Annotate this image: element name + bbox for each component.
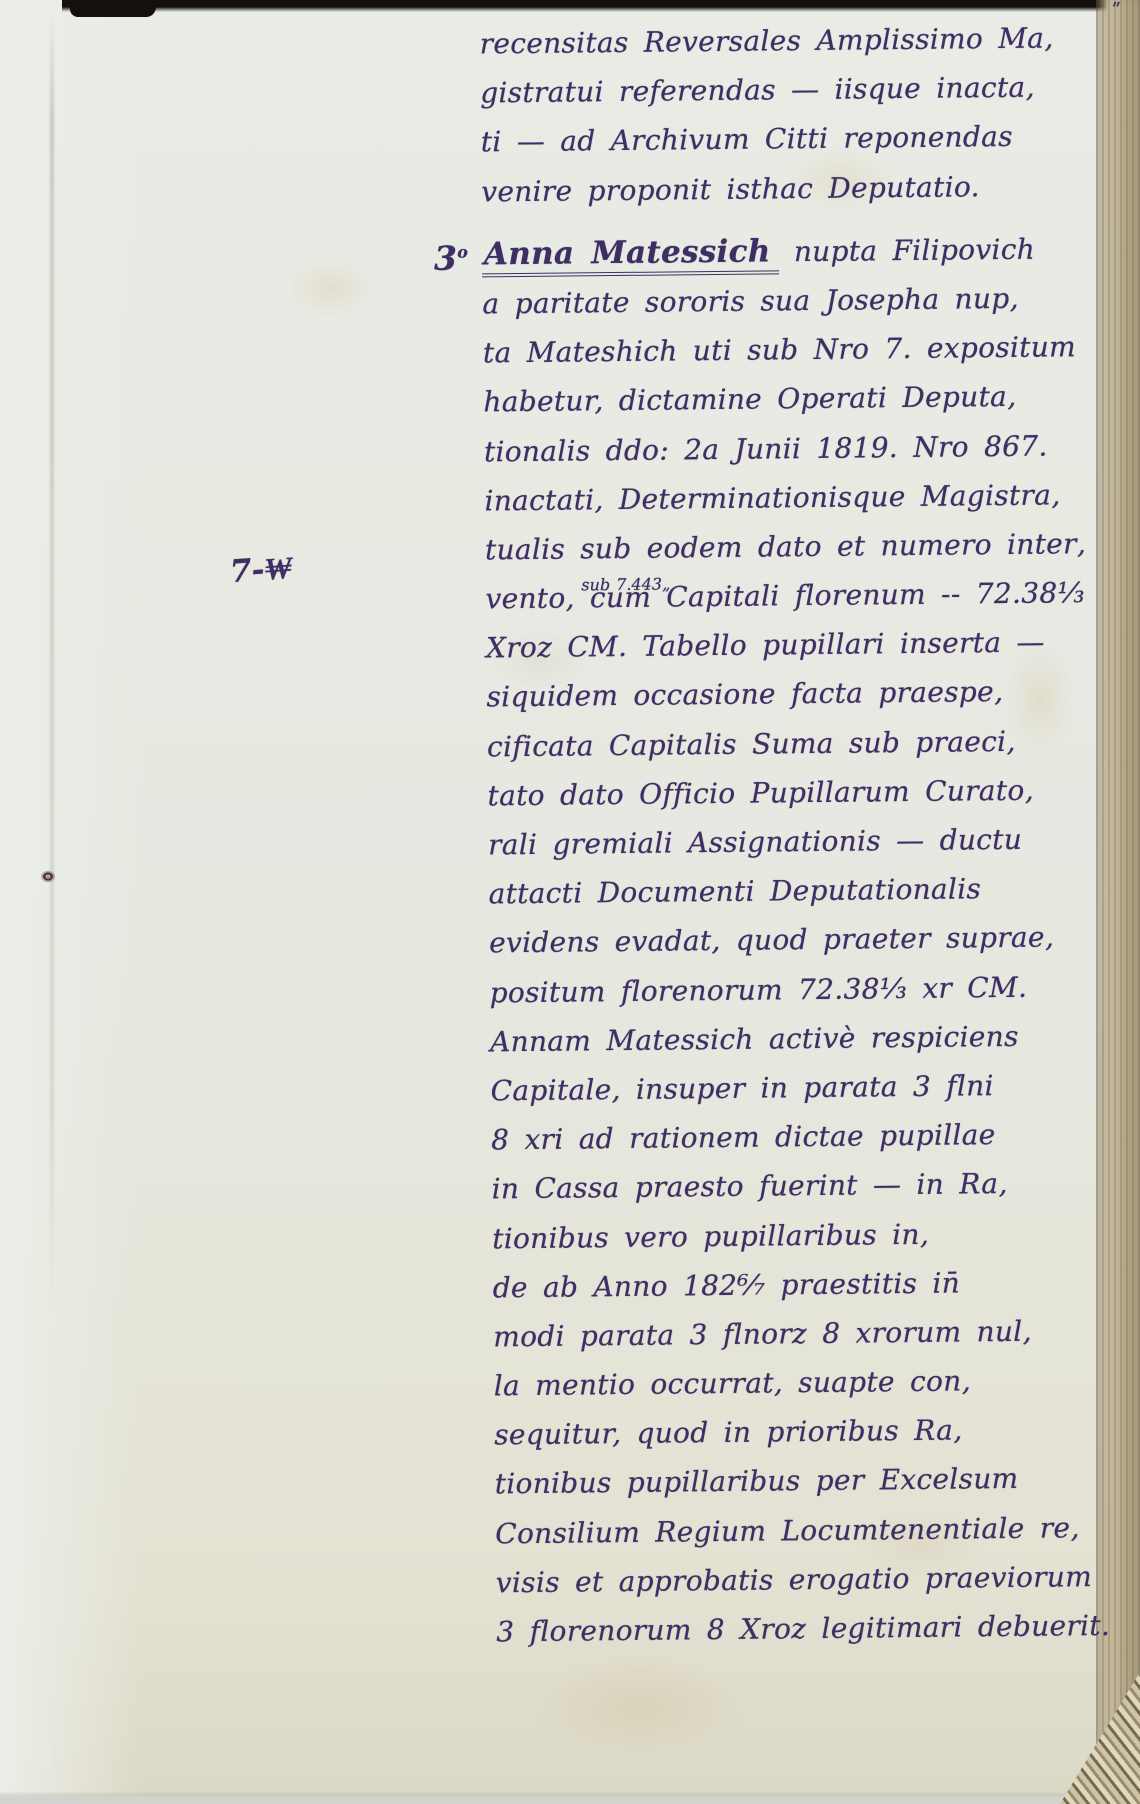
manuscript-line: Xroz CM. Tabello pupillari inserta —: [486, 617, 1134, 673]
manuscript-line: Consilium Regium Locumtenentiale re‚: [495, 1502, 1140, 1558]
margin-annotation: 7-₩: [229, 550, 293, 590]
manuscript-line: attacti Documenti Deputationalis: [488, 863, 1136, 919]
underlined-name: Anna Matessich: [482, 233, 779, 277]
manuscript-line: recensitas Reversales Amplissimo Ma‚: [479, 13, 1127, 69]
manuscript-line: tionalis ddo: 2a Junii 1819. Nro 867.: [484, 420, 1132, 476]
manuscript-line: modi parata 3 flnorz 8 xrorum nul‚: [493, 1305, 1140, 1361]
manuscript-line: sub 7.443„vento, cum Capitali florenum -…: [485, 568, 1133, 624]
book-top-edge: [62, 0, 1140, 12]
manuscript-line: inactati, Determinationisque Magistra‚: [484, 469, 1132, 525]
manuscript-line: venire proponit isthac Deputatio.: [481, 160, 1129, 216]
manuscript-line: rali gremiali Assignationis — ductu: [488, 814, 1136, 870]
manuscript-line: la mentio occurrat, suapte con‚: [493, 1355, 1140, 1411]
manuscript-line: Capitale, insuper in parata 3 flni: [490, 1060, 1138, 1116]
manuscript-line: ti — ad Archivum Citti reponendas: [480, 111, 1128, 167]
manuscript-line: sequitur, quod in prioribus Ra‚: [494, 1404, 1140, 1460]
manuscript-line: gistratui referendas — iisque inacta‚: [480, 62, 1128, 118]
book-top-edge-notch: [70, 0, 156, 17]
manuscript-line: 3 florenorum 8 Xroz legitimari debuerit.: [496, 1601, 1140, 1657]
manuscript-page: ʺ 7-₩ recensitas Reversales Amplissimo M…: [0, 0, 1140, 1804]
manuscript-line: Annam Matessich activè respiciens: [490, 1010, 1138, 1066]
manuscript-line: habetur, dictamine Operati Deputa‚: [483, 371, 1131, 427]
text-block: recensitas Reversales Amplissimo Ma‚gist…: [479, 13, 1140, 1657]
interlinear-insertion: sub 7.443„: [581, 560, 670, 610]
manuscript-line: tionibus pupillaribus per Excelsum: [495, 1453, 1140, 1509]
manuscript-line: tionibus vero pupillaribus in‚: [492, 1207, 1140, 1263]
manuscript-line: siquidem occasione facta praespe‚: [486, 666, 1134, 722]
manuscript-line: visis et approbatis erogatio praeviorum: [496, 1551, 1140, 1607]
manuscript-line: cificata Capitalis Suma sub praeci‚: [487, 715, 1135, 771]
page-bottom-edge: [0, 1791, 1140, 1804]
manuscript-line: ta Mateshich uti sub Nro 7. expositum: [483, 322, 1131, 378]
paper-crease: [50, 12, 54, 1312]
manuscript-line: de ab Anno 182⁶⁄₇ praestitis in̄: [492, 1256, 1140, 1312]
paper-blemish: [40, 870, 56, 883]
manuscript-line: positum florenorum 72.38⅓ xr CM.: [489, 961, 1137, 1017]
manuscript-line: a paritate sororis sua Josepha nup‚: [482, 273, 1130, 329]
manuscript-line: tato dato Officio Pupillarum Curato‚: [487, 764, 1135, 820]
manuscript-line: in Cassa praesto fuerint — in Ra‚: [491, 1158, 1139, 1214]
manuscript-line: 8 xri ad rationem dictae pupillae: [491, 1109, 1139, 1165]
manuscript-line: evidens evadat, quod praeter suprae‚: [489, 912, 1137, 968]
manuscript-line: 3oAnna Matessich nupta Filipovich: [482, 223, 1130, 279]
paragraph-number: 3o: [434, 227, 469, 282]
